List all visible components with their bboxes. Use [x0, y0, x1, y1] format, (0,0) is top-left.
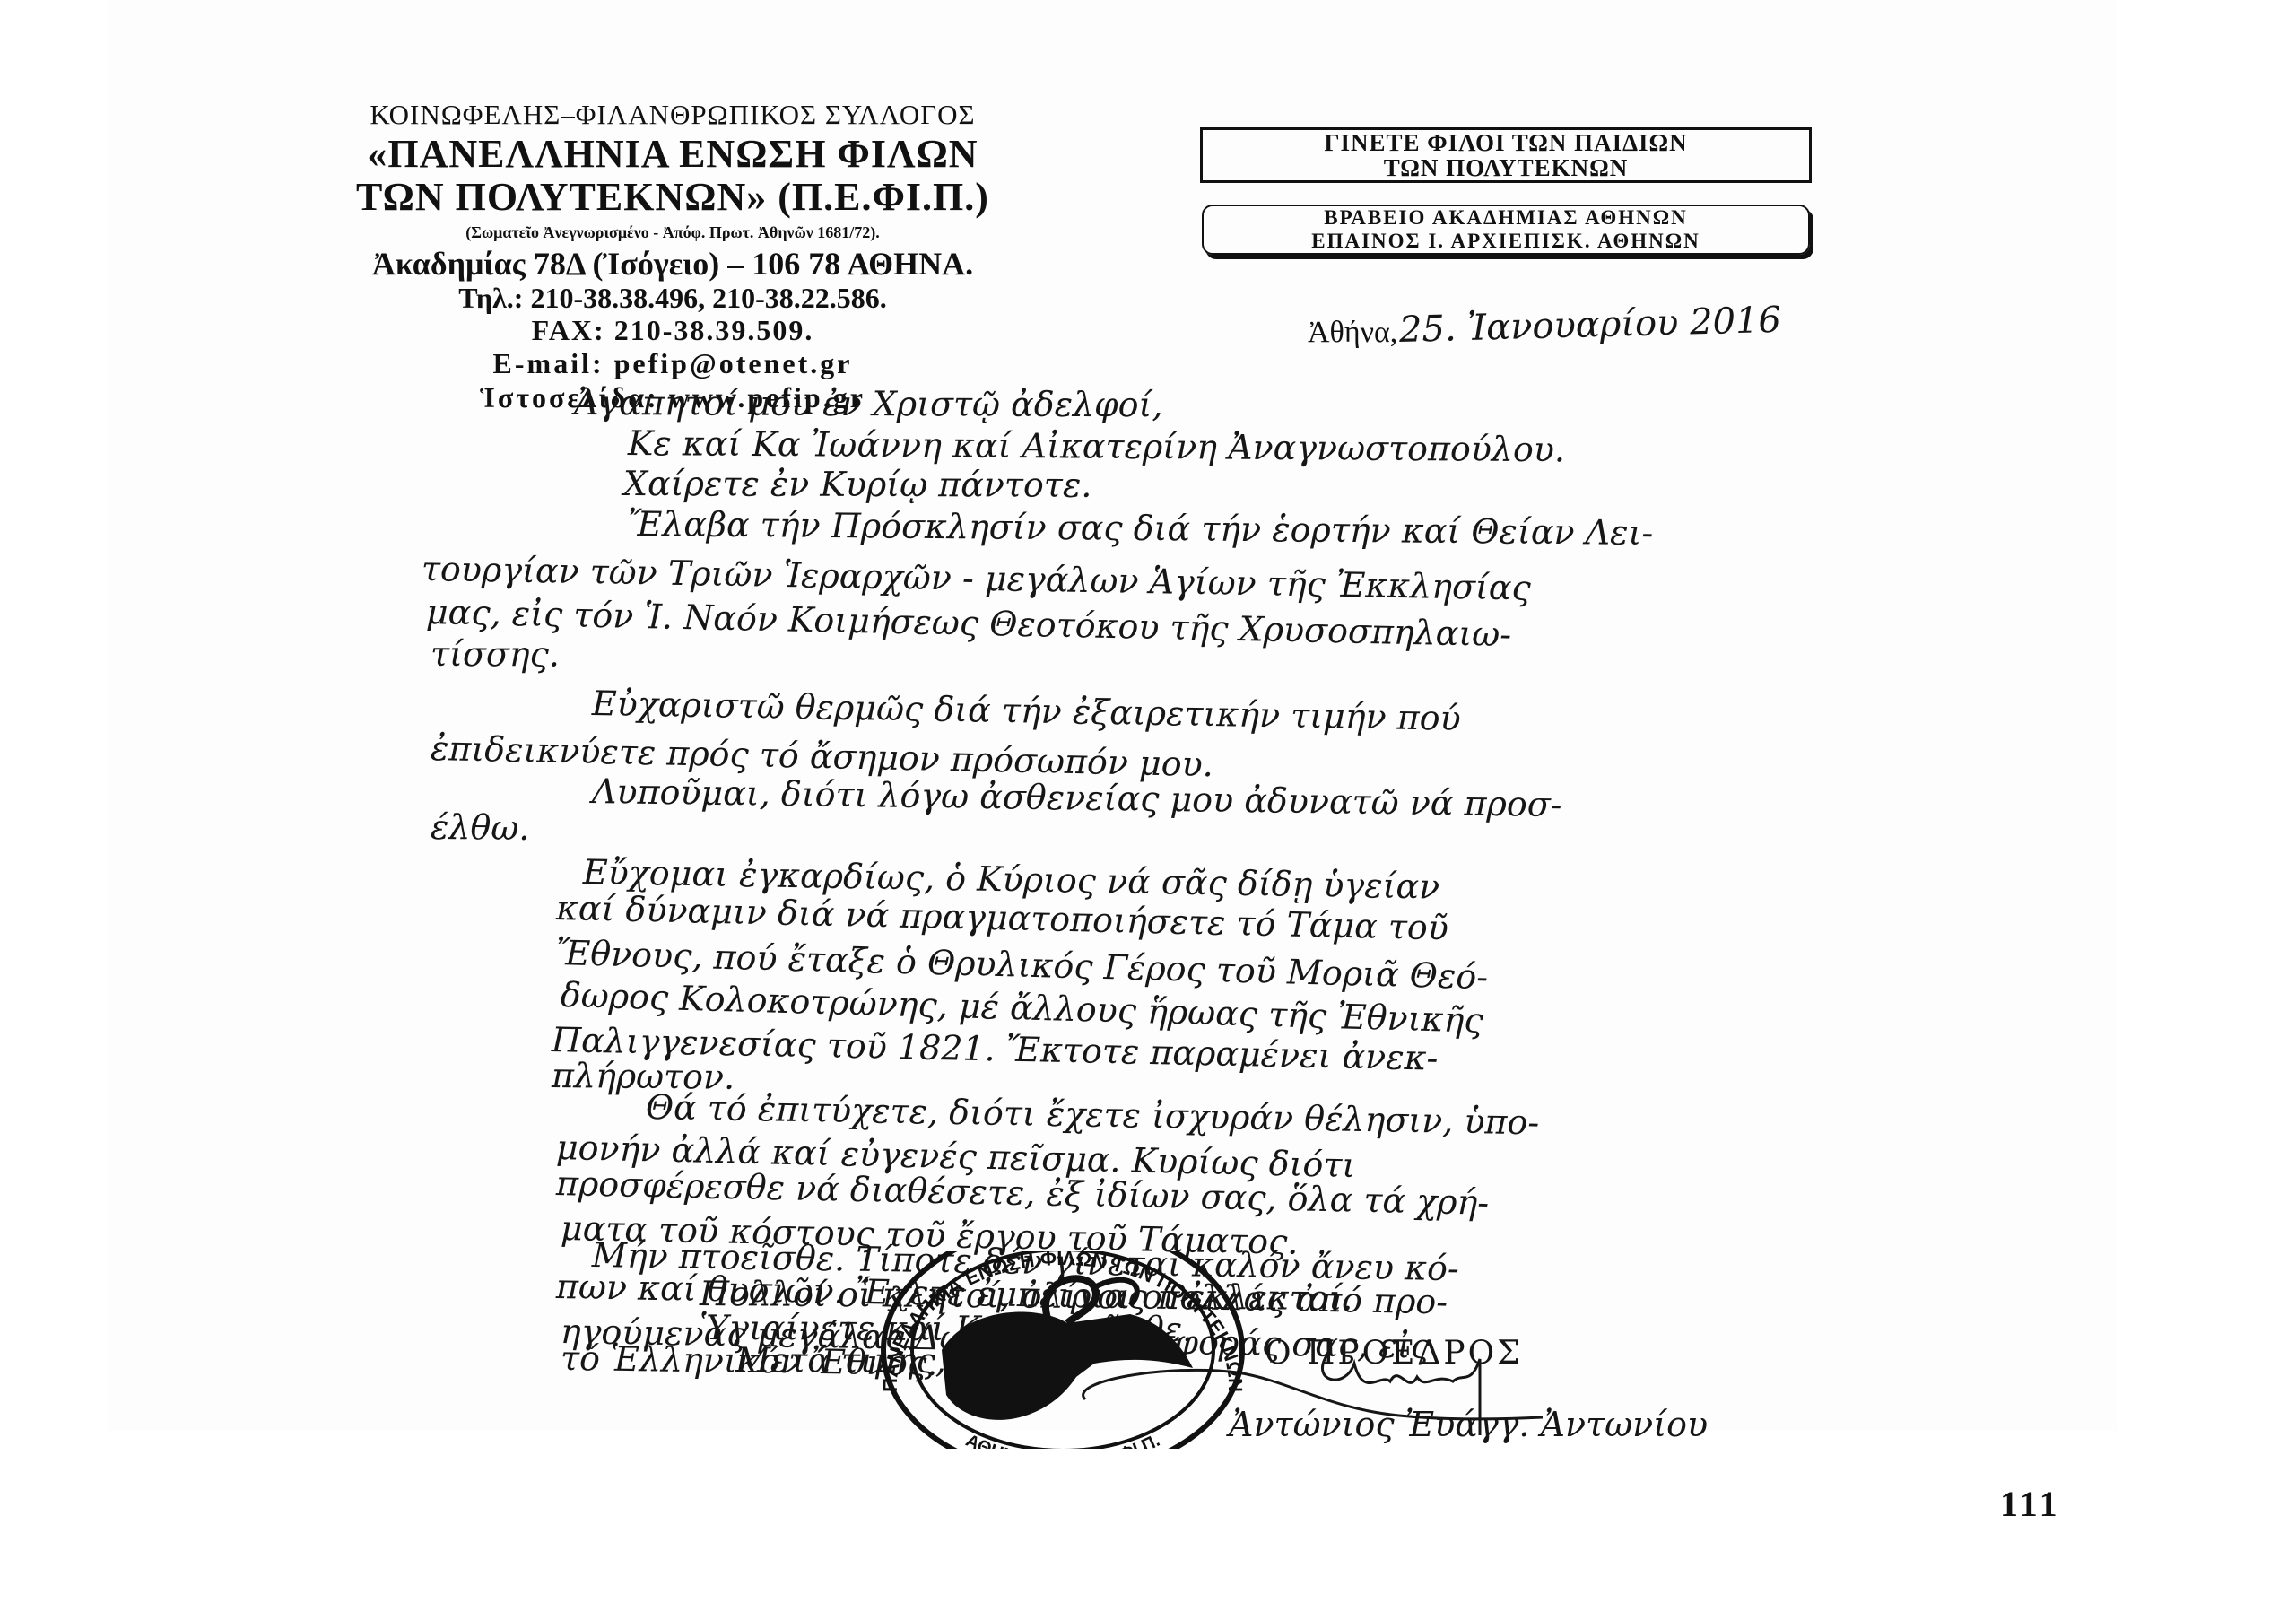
org-email: E-mail: pefip@otenet.gr: [179, 346, 1166, 380]
organization-stamp: ΠΑΝΕΛΛΗΝΙΑ ΕΝΩΣΗ ΦΙΛΩΝ ΤΩΝ ΠΟΛΥΤΕΚΝΩΝ ΑΘ…: [861, 1251, 1265, 1449]
date-city: Ἀθήνα,: [1308, 316, 1397, 350]
handwritten-line: Ἀγαπητοί μου ἐν Χριστῷ ἀδελφοί,: [574, 383, 1163, 424]
handwritten-line: τίσσης.: [430, 634, 560, 675]
awards-box: ΒΡΑΒΕΙΟ ΑΚΑΔΗΜΙΑΣ ΑΘΗΝΩΝ ΕΠΑΙΝΟΣ Ι. ΑΡΧΙ…: [1202, 205, 1810, 255]
award-line: ΕΠΑΙΝΟΣ Ι. ΑΡΧΙΕΠΙΣΚ. ΑΘΗΝΩΝ: [1204, 230, 1808, 253]
page-number: 111: [2000, 1483, 2061, 1525]
handwritten-line: έλθω.: [430, 807, 530, 848]
org-registration: (Σωματεῖο Ἀνεγνωρισμένο - Ἀπόφ. Πρωτ. Ἀθ…: [179, 219, 1166, 246]
slogan-line: ΓΙΝΕΤΕ ΦΙΛΟΙ ΤΩΝ ΠΑΙΔΙΩΝ: [1203, 130, 1809, 155]
org-name-line2: ΤΩΝ ΠΟΛΥΤΕΚΝΩΝ» (Π.Ε.ΦΙ.Π.): [179, 176, 1166, 219]
slogan-box: ΓΙΝΕΤΕ ΦΙΛΟΙ ΤΩΝ ΠΑΙΔΙΩΝ ΤΩΝ ΠΟΛΥΤΕΚΝΩΝ: [1200, 127, 1812, 183]
pelican-emblem: [942, 1312, 1193, 1420]
org-type: ΚΟΙΝΩΦΕΛΗΣ–ΦΙΛΑΝΘΡΩΠΙΚΟΣ ΣΥΛΛΟΓΟΣ: [179, 97, 1166, 133]
handwritten-line: Χαίρετε ἐν Κυρίῳ πάντοτε.: [623, 464, 1091, 505]
award-line: ΒΡΑΒΕΙΟ ΑΚΑΔΗΜΙΑΣ ΑΘΗΝΩΝ: [1204, 206, 1808, 230]
letterhead: ΚΟΙΝΩΦΕΛΗΣ–ΦΙΛΑΝΘΡΩΠΙΚΟΣ ΣΥΛΛΟΓΟΣ «ΠΑΝΕΛ…: [179, 97, 1166, 414]
org-fax: FAX: 210-38.39.509.: [179, 314, 1166, 346]
org-address: Ἀκαδημίας 78Δ (Ἰσόγειο) – 106 78 ΑΘΗΝΑ.: [179, 246, 1166, 282]
org-name-line1: «ΠΑΝΕΛΛΗΝΙΑ ΕΝΩΣΗ ΦΙΛΩΝ: [179, 133, 1166, 176]
org-phone: Τηλ.: 210-38.38.496, 210-38.22.586.: [179, 282, 1166, 314]
slogan-line: ΤΩΝ ΠΟΛΥΤΕΚΝΩΝ: [1203, 155, 1809, 180]
handwritten-line: Κε καί Κα Ἰωάννη καί Αἰκατερίνη Ἀναγνωστ…: [628, 423, 1565, 469]
signature-name: Ἀντώνιος Ἐυάγγ. Ἀντωνίου: [1229, 1405, 1708, 1444]
